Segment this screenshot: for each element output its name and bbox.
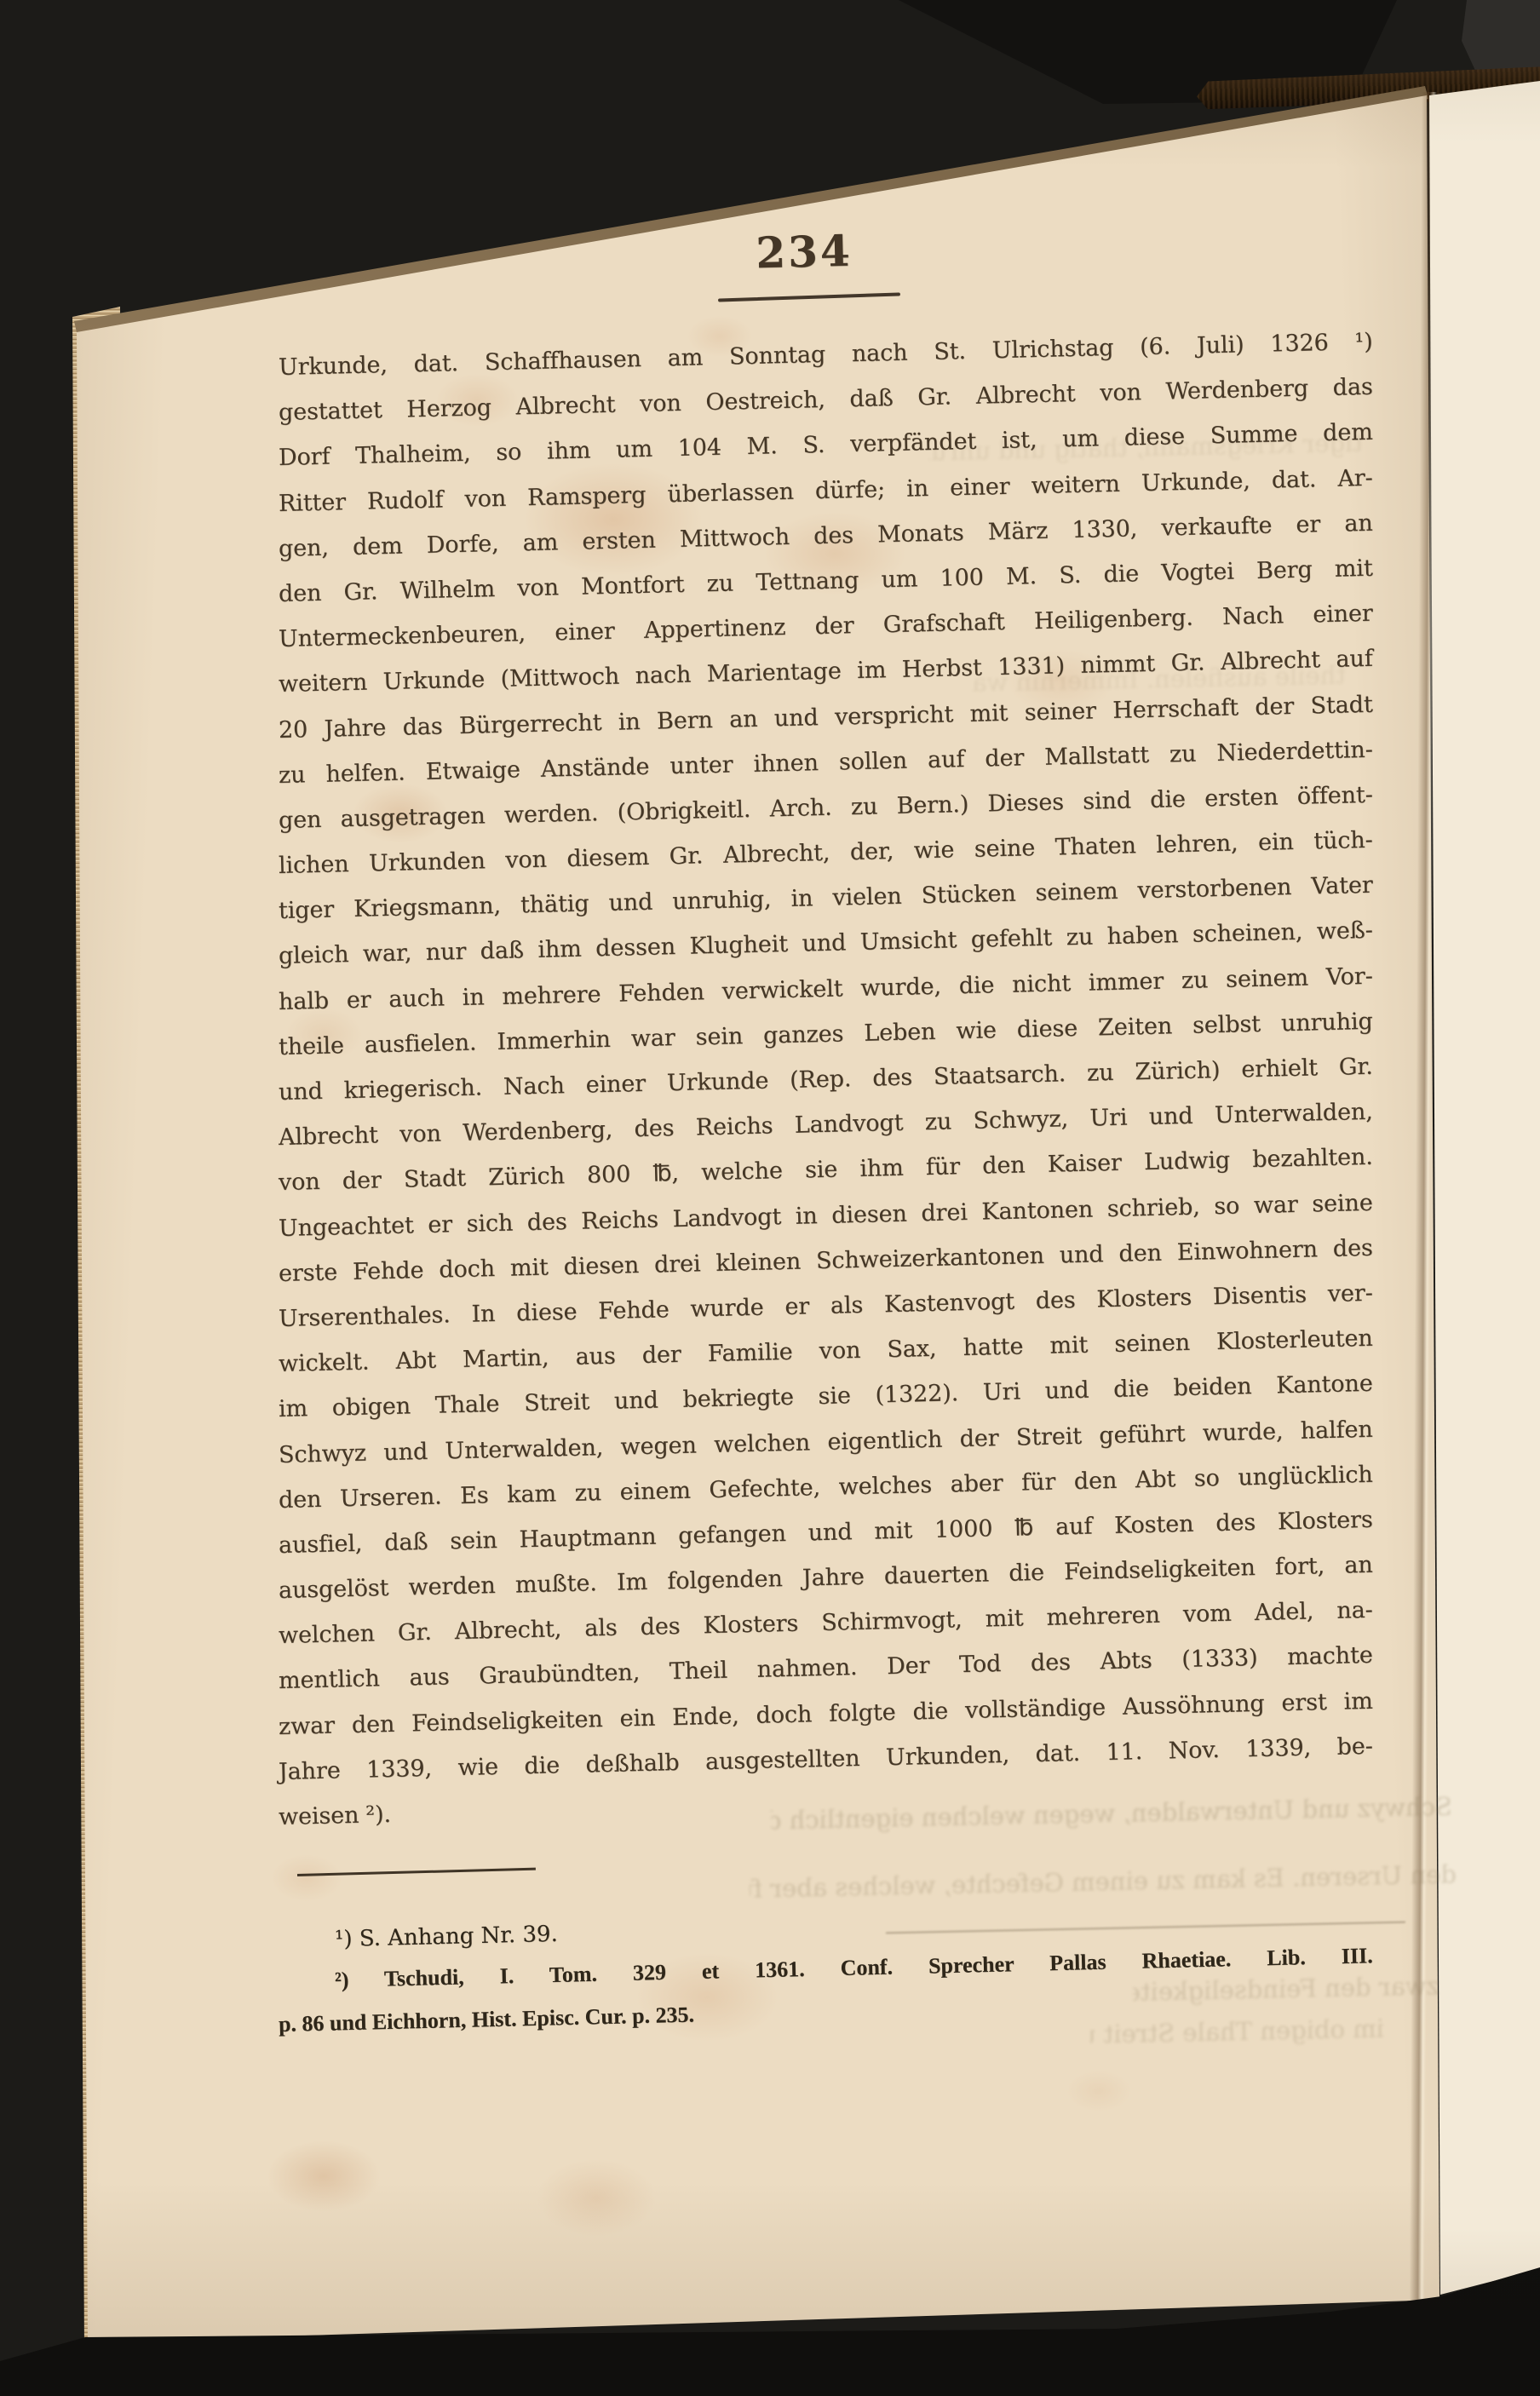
scanned-book-page-photo: Schwyz und Unterwalden, wegen welchen ei… [0, 0, 1540, 2396]
body-text: Urkunde, dat. Schaffhausen am Sonntag na… [279, 345, 1373, 1840]
footnote-line: ¹) S. Anhang Nr. 39. [335, 1922, 559, 1952]
